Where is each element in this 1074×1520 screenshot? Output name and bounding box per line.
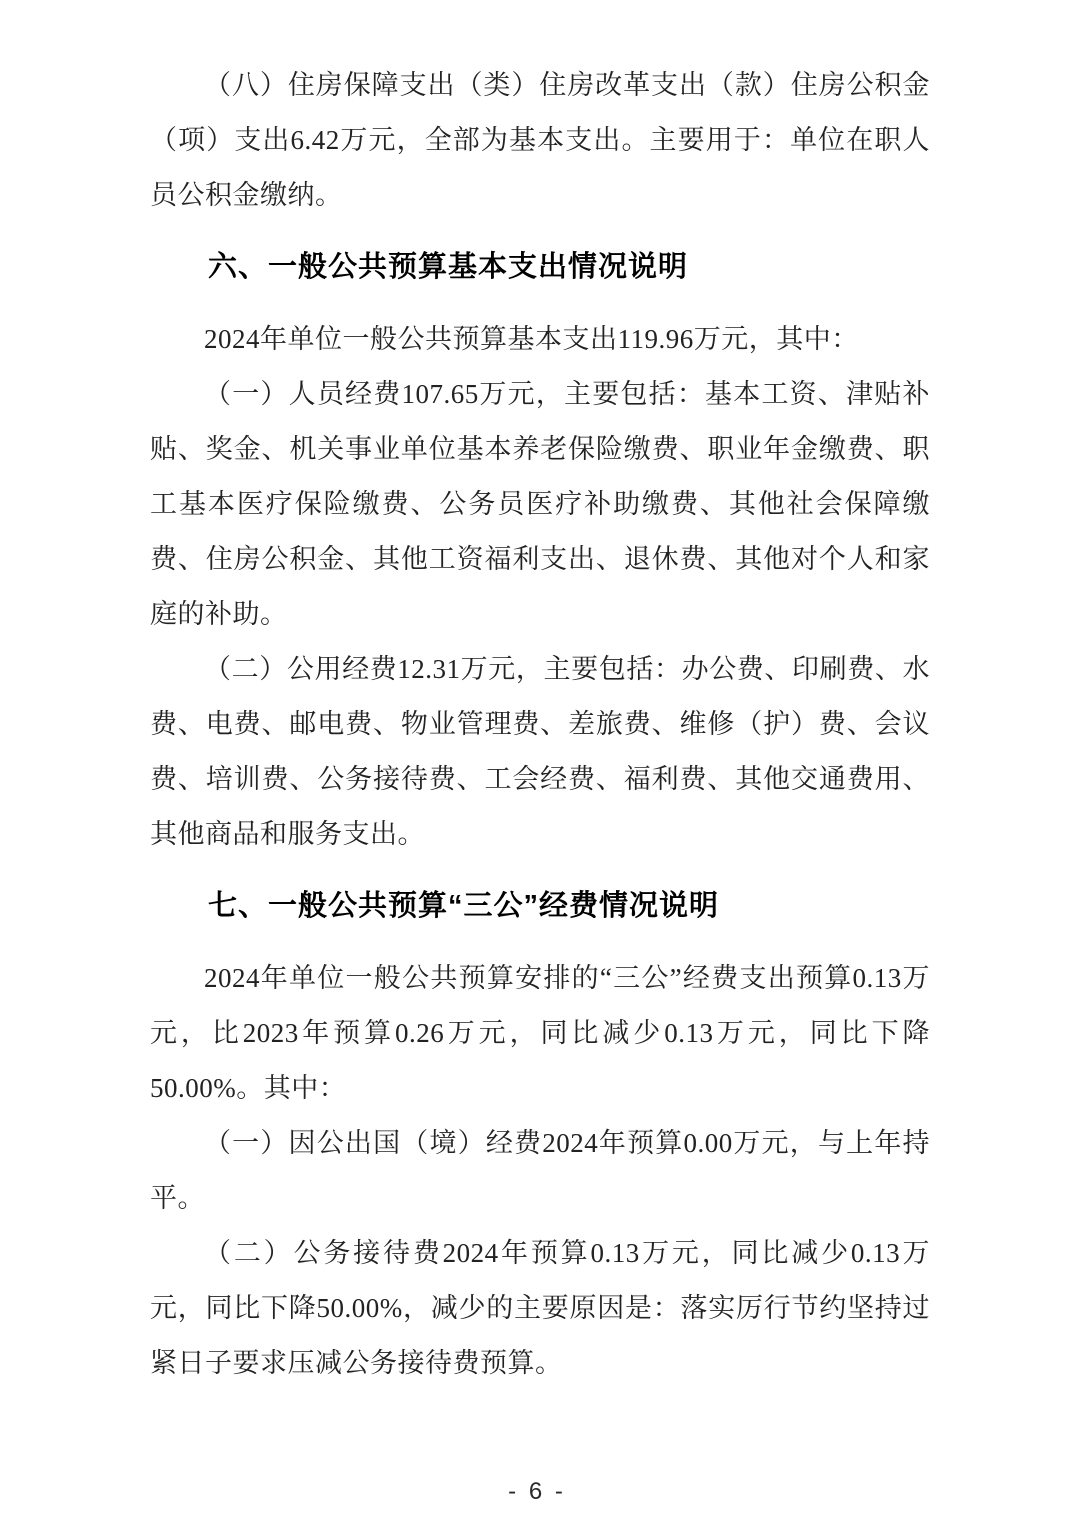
section-6-heading: 六、一般公共预算基本支出情况说明 <box>150 240 930 295</box>
section-6-paragraph-public-funds: （二）公用经费12.31万元，主要包括：办公费、印刷费、水费、电费、邮电费、物业… <box>150 642 930 862</box>
paragraph-housing-subsidy-item8: （八）住房保障支出（类）住房改革支出（款）住房公积金（项）支出6.42万元，全部… <box>150 58 930 223</box>
document-body: （八）住房保障支出（类）住房改革支出（款）住房公积金（项）支出6.42万元，全部… <box>150 58 930 1391</box>
section-7-paragraph-official-reception: （二）公务接待费2024年预算0.13万元，同比减少0.13万元，同比下降50.… <box>150 1226 930 1391</box>
section-6-paragraph-overview: 2024年单位一般公共预算基本支出119.96万元，其中： <box>150 312 930 367</box>
page-number: - 6 - <box>508 1478 566 1505</box>
page-footer: - 6 - <box>0 1478 1074 1506</box>
section-7-heading: 七、一般公共预算“三公”经费情况说明 <box>150 879 930 934</box>
section-6-paragraph-personnel-funds: （一）人员经费107.65万元，主要包括：基本工资、津贴补贴、奖金、机关事业单位… <box>150 367 930 642</box>
document-page: （八）住房保障支出（类）住房改革支出（款）住房公积金（项）支出6.42万元，全部… <box>0 0 1074 1520</box>
section-7-paragraph-overseas-trips: （一）因公出国（境）经费2024年预算0.00万元，与上年持平。 <box>150 1116 930 1226</box>
section-7-paragraph-overview: 2024年单位一般公共预算安排的“三公”经费支出预算0.13万元，比2023年预… <box>150 951 930 1116</box>
